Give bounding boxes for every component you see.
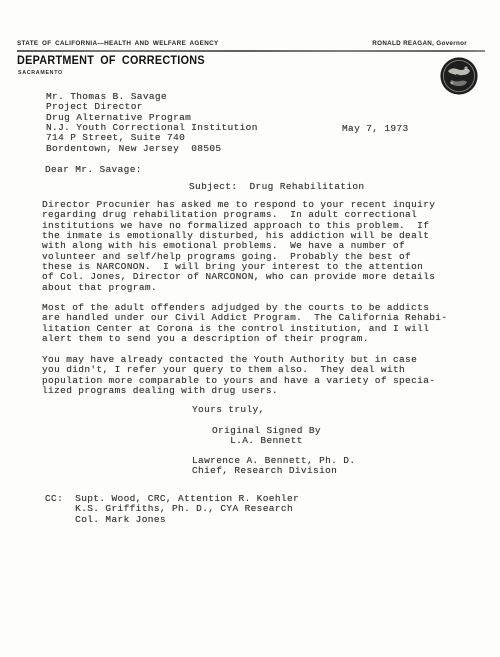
letterhead-divider-rule [17,50,485,52]
california-state-seal-icon [439,56,479,96]
body-paragraph-3: You may have already contacted the Youth… [42,355,435,396]
agency-header-line: STATE OF CALIFORNIA—HEALTH AND WELFARE A… [17,40,219,47]
closing-phrase: Yours truly, [192,405,265,415]
department-title: DEPARTMENT OF CORRECTIONS [17,55,205,67]
cc-block: CC: Supt. Wood, CRC, Attention R. Koehle… [45,494,299,525]
subject-line: Subject: Drug Rehabilitation [189,182,364,192]
body-paragraph-1: Director Procunier has asked me to respo… [42,200,435,293]
salutation: Dear Mr. Savage: [45,165,142,175]
governor-header-line: RONALD REAGAN, Governor [372,40,467,47]
body-paragraph-2: Most of the adult offenders adjudged by … [42,303,447,344]
signer-block: Lawrence A. Bennett, Ph. D. Chief, Resea… [192,456,355,477]
cc-recipient-list: Supt. Wood, CRC, Attention R. Koehler K.… [75,494,299,525]
signer-title: Chief, Research Division [192,465,337,476]
signer-name: Lawrence A. Bennett, Ph. D. [192,455,355,466]
recipient-address: Mr. Thomas B. Savage Project Director Dr… [46,92,258,154]
scanned-letter-page: STATE OF CALIFORNIA—HEALTH AND WELFARE A… [0,0,500,657]
letterhead-city: SACRAMENTO [18,70,63,76]
original-signed-by-stamp: Original Signed By L.A. Bennett [212,426,321,447]
cc-label: CC: [45,494,63,525]
letter-date: May 7, 1973 [342,124,409,134]
